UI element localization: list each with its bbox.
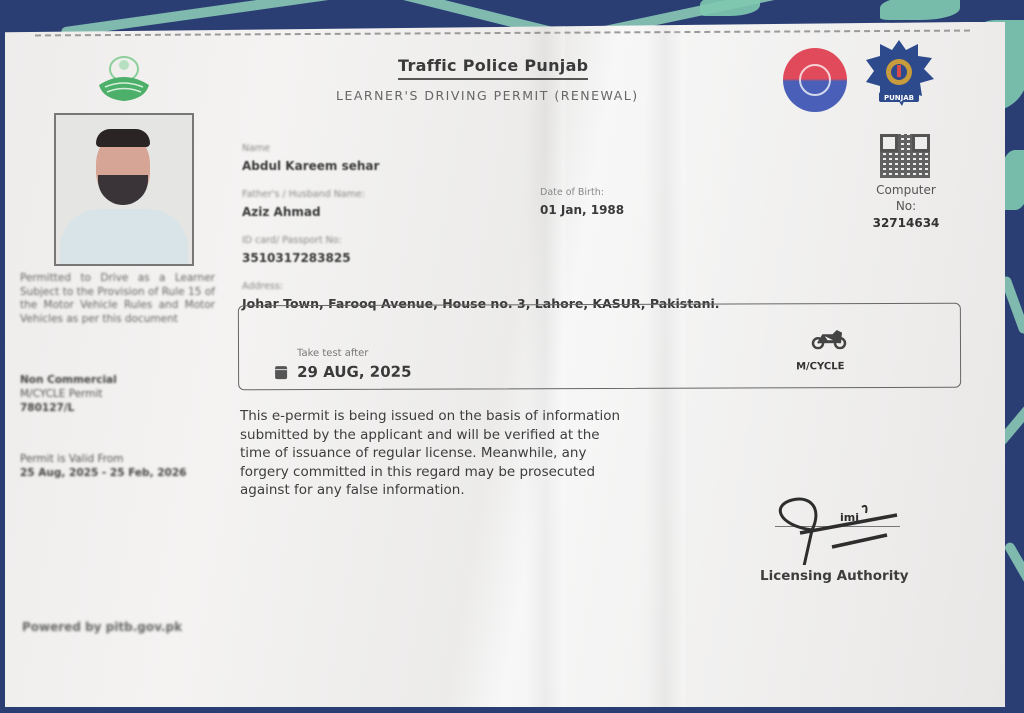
permit-type: M/CYCLE Permit (20, 387, 215, 401)
calendar-icon (275, 366, 287, 379)
traffic-police-badge-icon: PUNJAB (862, 38, 936, 112)
address-label: Address: (242, 281, 283, 292)
permit-conditions-text: Permitted to Drive as a Learner Subject … (20, 272, 215, 326)
id-number: 3510317283825 (242, 251, 351, 265)
permit-validity-block: Permit is Valid From 25 Aug, 2025 - 25 F… (20, 452, 215, 480)
punjab-government-emblem-icon (95, 55, 153, 105)
qr-code (880, 134, 930, 178)
permit-number: 780127/L (20, 401, 215, 415)
document-title: Traffic Police Punjab (398, 56, 588, 80)
computer-number: 32714634 (866, 216, 946, 230)
powered-by-footer: Powered by pitb.gov.pk (22, 620, 182, 634)
document-subtitle: LEARNER'S DRIVING PERMIT (RENEWAL) (336, 88, 639, 103)
father-name: Aziz Ahmad (242, 205, 321, 219)
holder-name: Abdul Kareem sehar (242, 159, 379, 173)
vehicle-category: M/CYCLE (796, 361, 844, 372)
validity-range: 25 Aug, 2025 - 25 Feb, 2026 (20, 466, 215, 480)
disclaimer-text: This e-permit is being issued on the bas… (240, 407, 680, 500)
validity-label: Permit is Valid From (20, 452, 215, 466)
father-name-label: Father's / Husband Name: (242, 189, 365, 200)
holder-photo (54, 113, 194, 266)
svg-text:imi: imi (840, 511, 859, 524)
perforation-line (35, 30, 970, 37)
test-date: 29 AUG, 2025 (297, 363, 411, 381)
name-label: Name (242, 143, 270, 154)
test-info-box: Take test after 29 AUG, 2025 M/CYCLE (238, 303, 961, 391)
signature-icon: imi (772, 485, 912, 565)
disclaimer-line: against for any false information. (240, 481, 680, 500)
date-of-birth: 01 Jan, 1988 (540, 203, 624, 217)
disclaimer-line: forgery committed in this regard may be … (240, 463, 680, 482)
punjab-police-emblem-icon (783, 48, 847, 112)
disclaimer-line: submitted by the applicant and will be v… (240, 426, 680, 445)
licensing-authority-label: Licensing Authority (760, 568, 909, 584)
disclaimer-line: This e-permit is being issued on the bas… (240, 407, 680, 426)
permit-category: Non Commercial (20, 373, 215, 387)
take-test-label: Take test after (297, 348, 368, 359)
computer-number-label: Computer No: (866, 182, 946, 214)
svg-text:PUNJAB: PUNJAB (884, 94, 914, 102)
permit-category-block: Non Commercial M/CYCLE Permit 780127/L (20, 373, 215, 415)
dob-label: Date of Birth: (540, 187, 604, 198)
id-number-label: ID card/ Passport No: (242, 235, 342, 246)
motorcycle-icon (811, 329, 847, 349)
disclaimer-line: time of issuance of regular license. Mea… (240, 444, 680, 463)
